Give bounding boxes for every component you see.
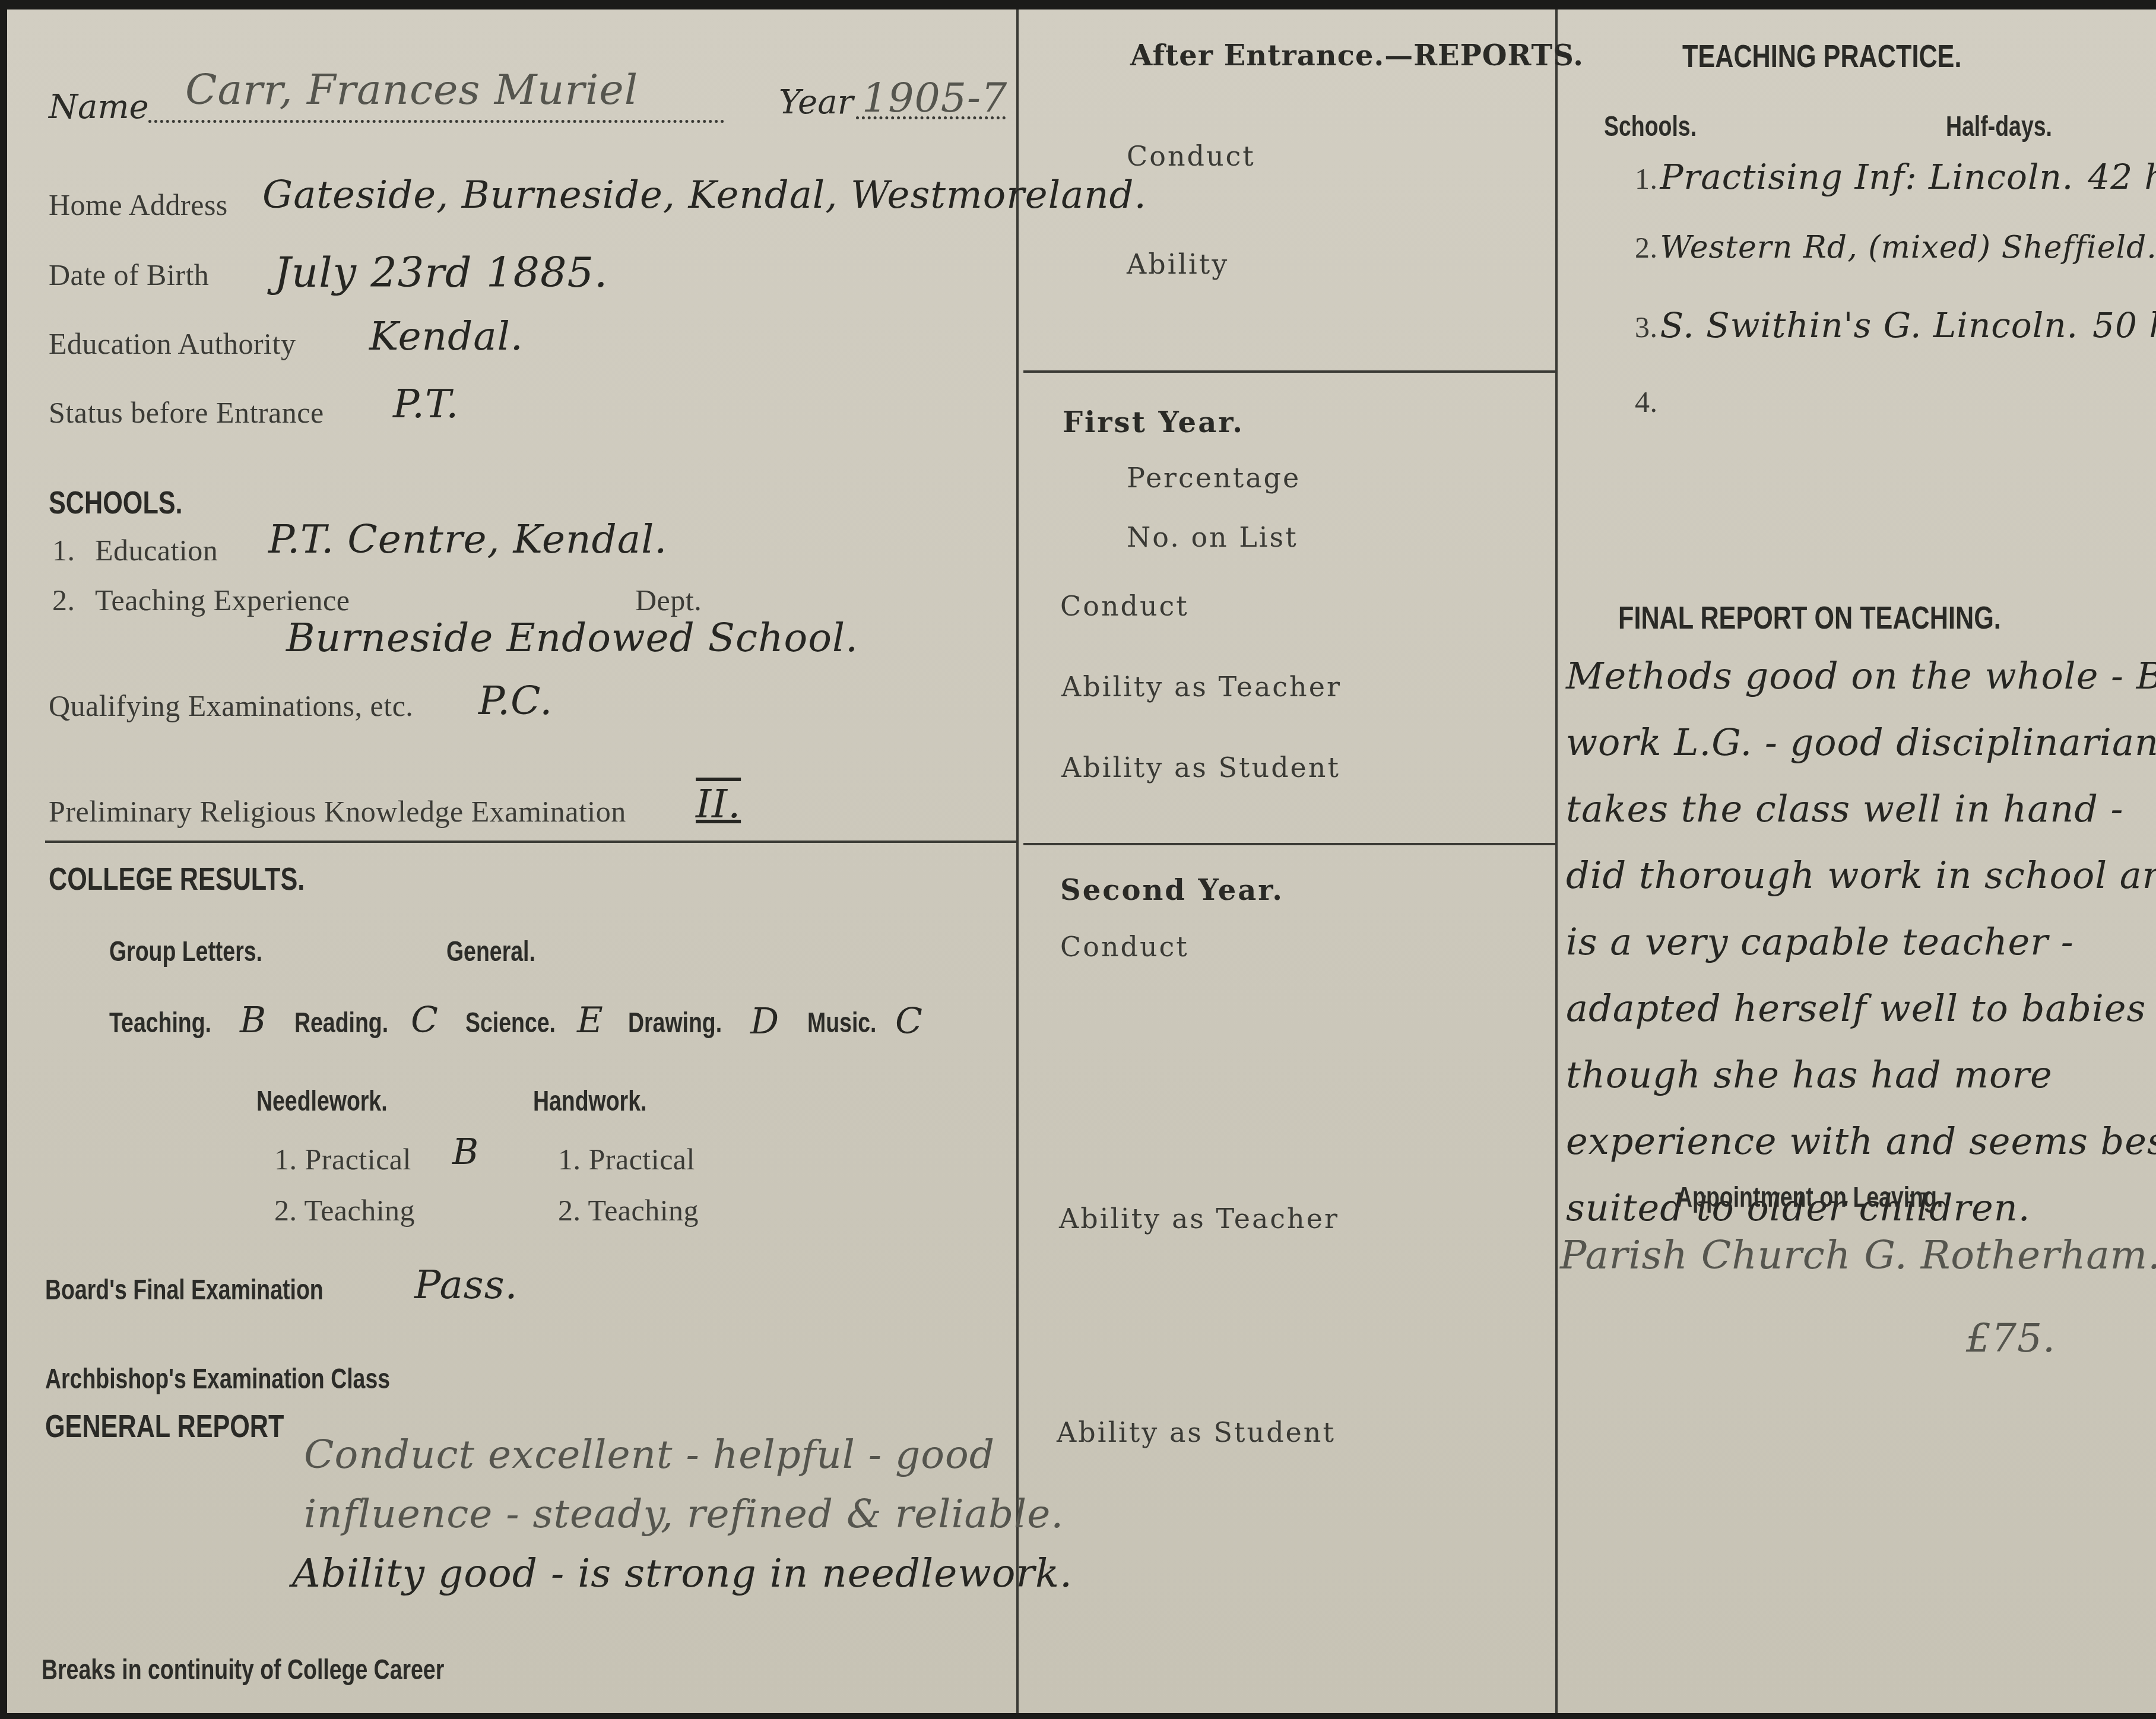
tp-entry-number: 3.: [1635, 310, 1658, 344]
student-record-card: Name Carr, Frances Muriel Year 1905-7 Ho…: [7, 9, 2156, 1713]
needlework-teaching-label: 2. Teaching: [274, 1193, 415, 1228]
qualifying-examinations-label: Qualifying Examinations, etc.: [49, 689, 413, 723]
second-year-conduct-label: Conduct: [1060, 931, 1189, 963]
first-year-ability-teacher-label: Ability as Teacher: [1061, 671, 1342, 703]
teaching-practice-heading: TEACHING PRACTICE.: [1682, 38, 1961, 75]
final-report-line: did thorough work in school and: [1566, 854, 2156, 920]
general-report-line: Ability good - is strong in needlework.: [292, 1550, 1073, 1610]
subject-teaching-grade: B: [240, 1000, 267, 1041]
handwork-label: Handwork.: [533, 1085, 646, 1118]
tp-entry-number: 2.: [1635, 231, 1658, 264]
breaks-label: Breaks in continuity of College Career: [42, 1654, 444, 1686]
column-divider-right: [1555, 9, 1558, 1713]
left-section-divider: [45, 841, 1016, 843]
first-year-percentage-label: Percentage: [1127, 462, 1301, 494]
education-authority-value: Kendal.: [369, 313, 524, 359]
subject-drawing-grade: D: [750, 1001, 779, 1042]
year-label: Year: [779, 83, 853, 122]
schools-heading: SCHOOLS.: [49, 484, 183, 521]
date-of-birth-value: July 23rd 1885.: [274, 248, 608, 297]
tp-entry-number: 1.: [1635, 162, 1658, 195]
handwork-practical-label: 1. Practical: [558, 1142, 695, 1176]
final-report-line: experience with and seems best: [1566, 1119, 2156, 1186]
schools-education-value: P.T. Centre, Kendal.: [268, 516, 667, 562]
tp-entry-school: Practising Inf: Lincoln.: [1660, 157, 2074, 197]
second-year-ability-student-label: Ability as Student: [1057, 1416, 1336, 1448]
teaching-experience-value: Burneside Endowed School.: [286, 615, 858, 661]
name-value: Carr, Frances Muriel: [185, 65, 638, 114]
final-report-text: Methods good on the whole - B.B. work L.…: [1566, 654, 2156, 1252]
handwork-teaching-label: 2. Teaching: [558, 1193, 699, 1228]
status-before-entrance-value: P.T.: [393, 381, 459, 427]
teaching-experience-number: 2.: [52, 583, 75, 617]
final-report-line: Methods good on the whole - B.B.: [1566, 654, 2156, 721]
name-dotted-line: [148, 120, 724, 123]
home-address-value: Gateside, Burneside, Kendal, Westmorelan…: [262, 173, 1147, 217]
subject-teaching-label: Teaching.: [109, 1007, 211, 1039]
needlework-practical-label: 1. Practical: [274, 1142, 411, 1176]
tp-entry-half-days: 50 hrs.: [2092, 305, 2156, 345]
preliminary-religious-label: Preliminary Religious Knowledge Examinat…: [49, 794, 626, 829]
subject-reading-label: Reading.: [294, 1007, 388, 1039]
general-report-line: Conduct excellent - helpful - good: [304, 1432, 1073, 1491]
first-year-conduct-label: Conduct: [1060, 590, 1189, 622]
second-year-ability-teacher-label: Ability as Teacher: [1059, 1203, 1339, 1235]
subject-drawing-label: Drawing.: [628, 1007, 722, 1039]
half-days-column-label: Half-days.: [1946, 110, 2052, 143]
final-report-line: adapted herself well to babies -: [1566, 987, 2156, 1053]
tp-entry-half-days: 42 hrs.: [2088, 157, 2156, 197]
qualifying-examinations-value: P.C.: [478, 678, 553, 724]
subject-music-label: Music.: [807, 1007, 877, 1039]
first-year-ability-student-label: Ability as Student: [1061, 751, 1340, 784]
final-report-heading: FINAL REPORT ON TEACHING.: [1618, 600, 2001, 636]
archbishops-exam-label: Archbishop's Examination Class: [45, 1363, 390, 1396]
home-address-label: Home Address: [49, 188, 228, 222]
boards-final-value: Pass.: [414, 1262, 518, 1308]
final-report-line: takes the class well in hand -: [1566, 787, 2156, 854]
after-entrance-heading: After Entrance.—REPORTS.: [1130, 39, 1584, 72]
appointment-heading: Appointment on Leaving.: [1676, 1181, 1943, 1214]
general-report-label: GENERAL REPORT: [45, 1408, 284, 1445]
subject-reading-grade: C: [411, 1000, 439, 1041]
teaching-experience-label: Teaching Experience: [95, 583, 350, 617]
final-report-line: work L.G. - good disciplinarian -: [1566, 721, 2156, 787]
first-year-heading: First Year.: [1063, 406, 1244, 439]
status-before-entrance-label: Status before Entrance: [49, 395, 324, 430]
name-label: Name: [49, 88, 149, 126]
year-value: 1905-7: [862, 75, 1007, 122]
group-letters-label: Group Letters.: [109, 935, 262, 968]
general-label: General.: [446, 935, 535, 968]
subject-science-grade: E: [577, 1000, 604, 1041]
teaching-practice-entry: 1. Practising Inf: Lincoln. 42 hrs.: [1635, 157, 2156, 197]
final-report-line: is a very capable teacher -: [1566, 920, 2156, 987]
appointment-salary: £75.: [1966, 1315, 2056, 1361]
middle-divider-second-year: [1023, 843, 1555, 845]
needlework-label: Needlework.: [256, 1085, 388, 1118]
schools-column-label: Schools.: [1604, 110, 1697, 143]
after-entrance-ability-label: Ability: [1127, 248, 1229, 280]
date-of-birth-label: Date of Birth: [49, 258, 209, 292]
teaching-practice-entry: 4.: [1635, 385, 1658, 419]
preliminary-religious-value: II.: [696, 781, 741, 827]
general-report-line: influence - steady, refined & reliable.: [304, 1491, 1073, 1550]
dept-label: Dept.: [635, 583, 702, 617]
tp-entry-school: S. Swithin's G. Lincoln.: [1660, 305, 2078, 345]
after-entrance-conduct-label: Conduct: [1127, 140, 1255, 172]
middle-divider-first-year: [1023, 370, 1555, 373]
education-authority-label: Education Authority: [49, 326, 296, 361]
subject-science-label: Science.: [465, 1007, 556, 1039]
college-results-heading: COLLEGE RESULTS.: [49, 861, 305, 897]
needlework-practical-grade: B: [452, 1131, 479, 1173]
final-report-line: though she has had more: [1566, 1053, 2156, 1119]
tp-entry-school: Western Rd, (mixed) Sheffield.: [1660, 230, 2156, 265]
schools-education-label: Education: [95, 533, 218, 567]
second-year-heading: Second Year.: [1060, 874, 1284, 907]
teaching-practice-entry: 2. Western Rd, (mixed) Sheffield. 49 hrs…: [1635, 226, 2156, 266]
boards-final-label: Board's Final Examination: [45, 1274, 324, 1306]
first-year-no-on-list-label: No. on List: [1127, 521, 1298, 553]
teaching-practice-entry: 3. S. Swithin's G. Lincoln. 50 hrs.: [1635, 305, 2156, 345]
subject-music-grade: C: [895, 1001, 923, 1042]
tp-entry-number: 4.: [1635, 385, 1658, 418]
general-report-text: Conduct excellent - helpful - good influ…: [292, 1432, 1073, 1610]
appointment-value: Parish Church G. Rotherham.: [1560, 1232, 2156, 1278]
schools-education-number: 1.: [52, 533, 75, 567]
